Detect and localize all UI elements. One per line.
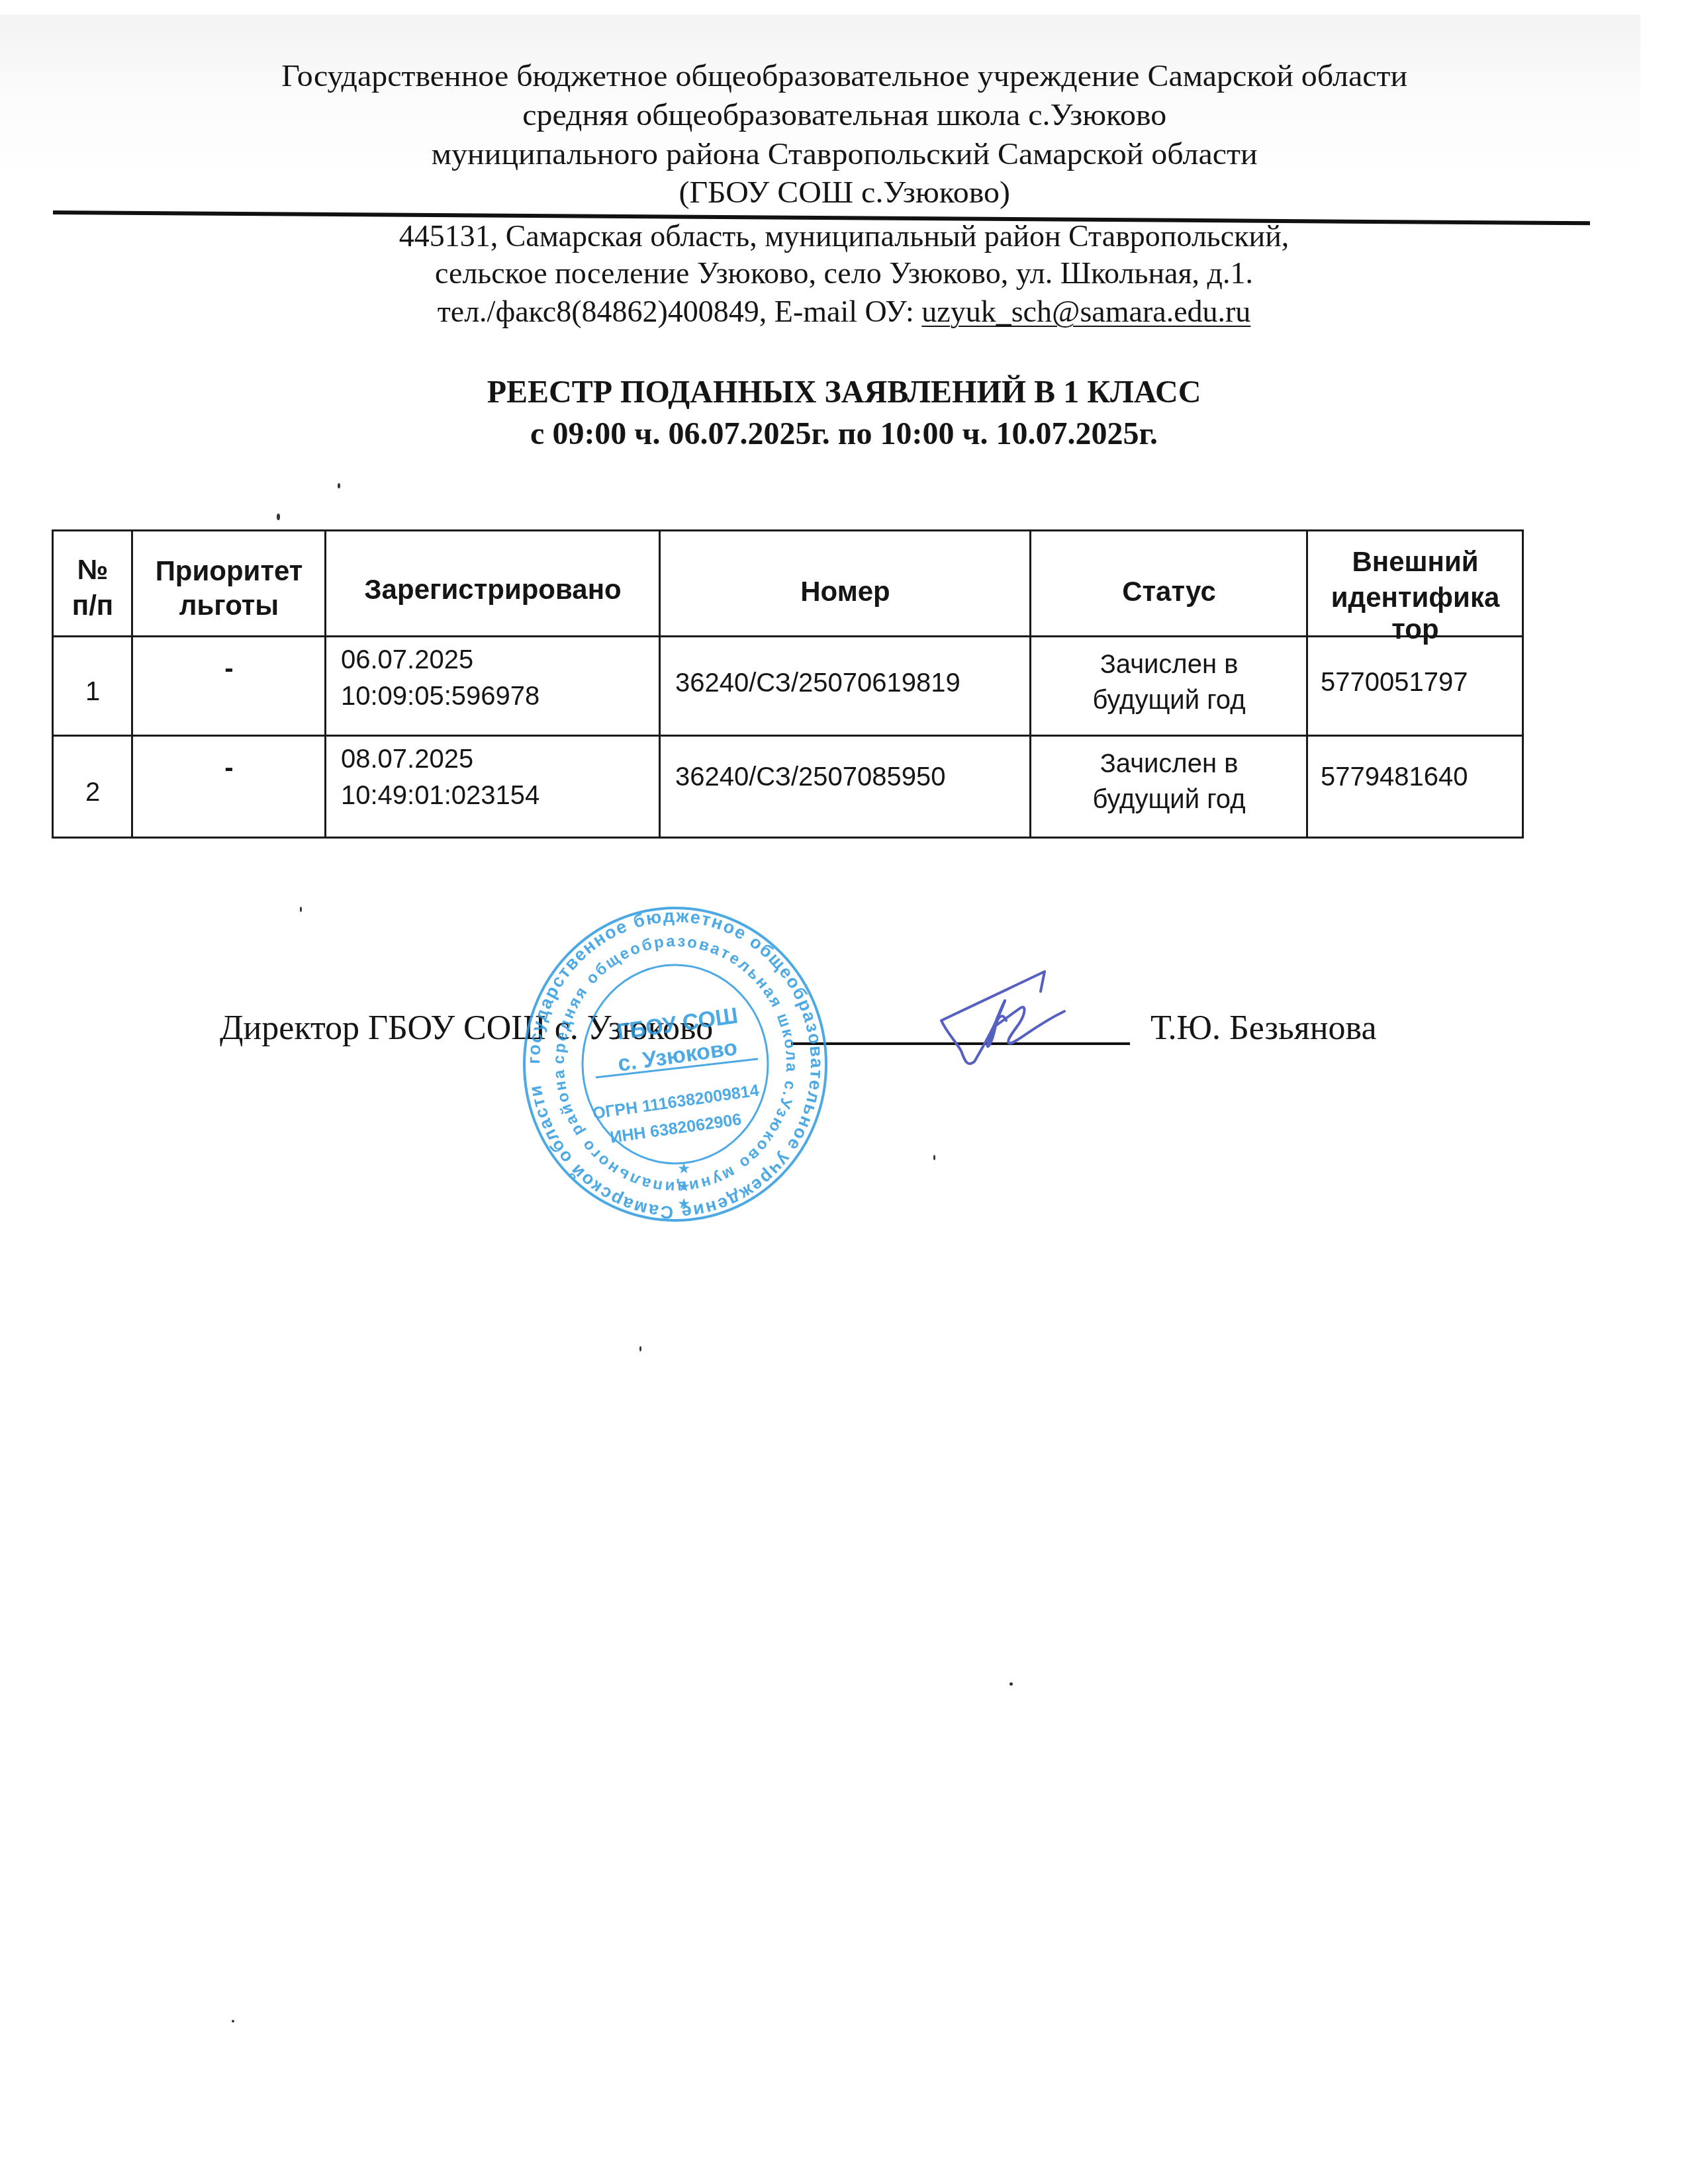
svg-text:★: ★ xyxy=(677,1178,690,1195)
scan-speck xyxy=(639,1346,641,1351)
header-external-id-line-1: Внешний xyxy=(1307,548,1523,576)
document-period: с 09:00 ч. 06.07.2025г. по 10:00 ч. 10.0… xyxy=(0,418,1688,450)
handwritten-signature-icon xyxy=(927,960,1079,1066)
row-index: 1 xyxy=(53,678,132,705)
row-priority: - xyxy=(132,754,326,781)
contact-line: тел./факс8(84862)400849, E-mail ОУ: uzyu… xyxy=(0,296,1688,327)
header-priority-line-1: Приоритет xyxy=(132,557,326,585)
phone-fax: тел./факс8(84862)400849, E-mail ОУ: xyxy=(438,295,922,328)
org-name-line-1: Государственное бюджетное общеобразовате… xyxy=(0,61,1688,92)
row-number: 36240/СЗ/2507085950 xyxy=(675,764,946,790)
address-line-1: 445131, Самарская область, муниципальный… xyxy=(0,221,1688,251)
header-cell-status: Статус xyxy=(1031,578,1307,606)
row-registered-time: 10:49:01:023154 xyxy=(341,782,539,809)
header-index-line-2: п/п xyxy=(53,592,132,619)
row-external-id: 5779481640 xyxy=(1321,764,1468,790)
row-registered-date: 06.07.2025 xyxy=(341,647,473,673)
header-external-id-line-2: идентифика xyxy=(1307,584,1523,612)
row-status-line-1: Зачислен в xyxy=(1031,651,1307,678)
header-index-line-1: № xyxy=(53,556,132,584)
row-external-id: 5770051797 xyxy=(1321,669,1468,696)
row-status-line-1: Зачислен в xyxy=(1031,751,1307,777)
row-status-line-2: будущий год xyxy=(1031,687,1307,713)
scan-speck xyxy=(232,2020,234,2023)
org-name-line-2: средняя общеобразовательная школа с.Узюк… xyxy=(0,100,1688,131)
official-stamp-icon: государственное бюджетное общеобразовате… xyxy=(516,905,834,1223)
org-short-name: (ГБОУ СОШ с.Узюково) xyxy=(0,177,1688,208)
document-title: РЕЕСТР ПОДАННЫХ ЗАЯВЛЕНИЙ В 1 КЛАСС xyxy=(0,377,1688,408)
row-registered-date: 08.07.2025 xyxy=(341,746,473,772)
scan-speck xyxy=(300,907,302,912)
row-priority: - xyxy=(132,655,326,682)
scan-speck xyxy=(338,483,340,488)
header-priority-line-2: льготы xyxy=(132,592,326,619)
svg-text:★: ★ xyxy=(677,1195,690,1212)
scan-speck xyxy=(1009,1682,1013,1686)
address-line-2: сельское поселение Узюково, село Узюково… xyxy=(0,258,1688,289)
row-number: 36240/СЗ/25070619819 xyxy=(675,670,961,696)
scan-speck xyxy=(933,1155,935,1160)
signatory-name: Т.Ю. Безьянова xyxy=(1150,1011,1377,1046)
header-external-id-line-3: тор xyxy=(1307,615,1523,643)
email-link[interactable]: uzyuk_sch@samara.edu.ru xyxy=(921,295,1250,328)
row-registered-time: 10:09:05:596978 xyxy=(341,683,539,709)
row-index: 2 xyxy=(53,779,132,805)
row-status-line-2: будущий год xyxy=(1031,786,1307,813)
header-cell-registered: Зарегистрировано xyxy=(326,576,660,604)
svg-text:★: ★ xyxy=(677,1160,690,1177)
scan-speck xyxy=(277,514,280,520)
header-cell-number: Номер xyxy=(660,578,1031,606)
org-name-line-3: муниципального района Ставропольский Сам… xyxy=(0,139,1688,170)
